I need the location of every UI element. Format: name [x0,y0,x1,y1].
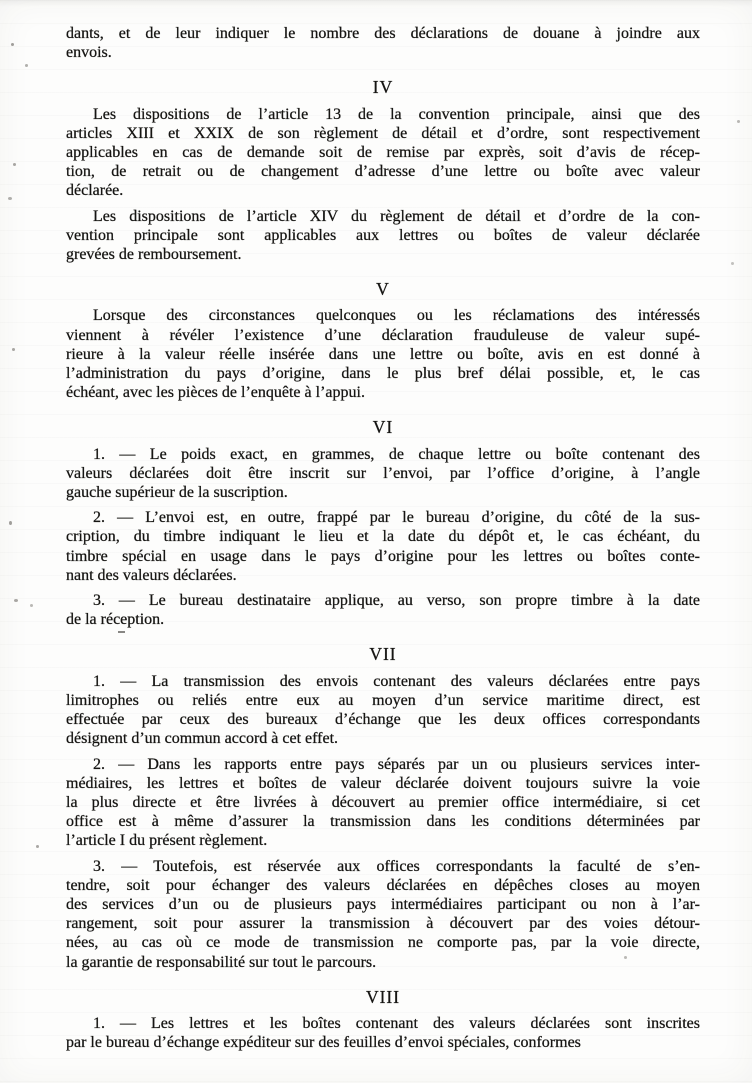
text-line: 1. — Les lettres et les boîtes contenant… [66,1014,700,1033]
scan-speck [731,262,734,265]
scan-speck [11,43,14,46]
paragraph: Lorsque des circonstances quelconques ou… [66,306,700,402]
paragraph: Les dispositions de l’article XIV du règ… [66,207,700,265]
text-line: la garantie de responsabilité sur tout l… [66,953,700,972]
text-line: dants, et de leur indiquer le nombre des… [66,24,700,43]
text-line: timbre spécial en usage dans le pays d’o… [66,547,700,566]
text-line: limitrophes ou reliés entre eux au moyen… [66,691,700,710]
text-line: effectuée par ceux des bureaux d’échange… [66,710,700,729]
text-line: désignent d’un commun accord à cet effet… [66,729,700,748]
text-line: viennent à révéler l’existence d’une déc… [66,326,700,345]
paragraph: dants, et de leur indiquer le nombre des… [66,24,700,62]
section-heading: VIII [66,988,700,1007]
text-line: la plus directe et être livrées à découv… [66,793,700,812]
text-line: 1. — Le poids exact, en grammes, de chaq… [66,445,700,464]
text-line: 2. — Dans les rapports entre pays séparé… [66,755,700,774]
text-line: tion, de retrait ou de changement d’adre… [66,162,700,181]
paragraph: 1. — Les lettres et les boîtes contenant… [66,1014,700,1052]
text-line: des services d’un ou de plusieurs pays i… [66,895,700,914]
text-line: grevées de remboursement. [66,245,700,264]
text-line: office est à même d’assurer la transmiss… [66,812,700,831]
text-line: Lorsque des circonstances quelconques ou… [66,306,700,325]
text-line: articles XIII et XXIX de son règlement d… [66,124,700,143]
paragraph: 1. — Le poids exact, en grammes, de chaq… [66,445,700,503]
paragraph: Les dispositions de l’article 13 de la c… [66,105,700,201]
text-line: 3. — Toutefois, est réservée aux offices… [66,857,700,876]
text-line: médiaires, les lettres et boîtes de vale… [66,774,700,793]
scan-speck [13,163,16,166]
scan-speck [36,845,39,848]
text-line: vention principale sont applicables aux … [66,226,700,245]
text-line: Les dispositions de l’article 13 de la c… [66,105,700,124]
text-line: gauche supérieur de la suscription. [66,483,700,502]
text-line: nées, au cas où ce mode de transmission … [66,933,700,952]
scan-speck [8,197,12,200]
text-line: valeurs déclarées doit être inscrit sur … [66,464,700,483]
text-line: envois. [66,43,700,62]
paragraph: 2. — L’envoi est, en outre, frappé par l… [66,508,700,585]
scan-speck [737,120,740,123]
section-heading: V [66,280,700,299]
text-line: l’administration du pays d’origine, dans… [66,364,700,383]
text-line: 1. — La transmission des envois contenan… [66,672,700,691]
paragraph: 2. — Dans les rapports entre pays séparé… [66,755,700,851]
document-text-block: dants, et de leur indiquer le nombre des… [66,24,700,1052]
text-line: échéant, avec les pièces de l’enquête à … [66,383,700,402]
text-line: Les dispositions de l’article XIV du règ… [66,207,700,226]
text-line: cription, du timbre indiquant le lieu et… [66,527,700,546]
text-line: de la réception. [66,610,700,629]
text-line: l’article I du présent règlement. [66,831,700,850]
text-line: nant des valeurs déclarées. [66,566,700,585]
scan-speck [25,64,28,67]
scan-speck [9,521,12,525]
text-line: rangement, soit pour assurer la transmis… [66,914,700,933]
text-line: applicables en cas de demande soit de re… [66,143,700,162]
paragraph: 3. — Toutefois, est réservée aux offices… [66,857,700,972]
scan-speck [30,604,33,607]
text-line: tendre, soit pour échanger des valeurs d… [66,876,700,895]
text-line: rieure à la valeur réelle insérée dans u… [66,345,700,364]
scan-speck [14,599,18,602]
section-heading: IV [66,78,700,97]
paragraph: 3. — Le bureau destinataire applique, au… [66,591,700,629]
section-heading: VII [66,645,700,664]
paragraph: 1. — La transmission des envois contenan… [66,672,700,749]
text-line: 3. — Le bureau destinataire applique, au… [66,591,700,610]
scanned-document-page: dants, et de leur indiquer le nombre des… [0,0,752,1083]
text-line: 2. — L’envoi est, en outre, frappé par l… [66,508,700,527]
section-heading: VI [66,418,700,437]
scan-speck [12,348,15,351]
text-line: par le bureau d’échange expéditeur sur d… [66,1033,700,1052]
text-line: déclarée. [66,181,700,200]
